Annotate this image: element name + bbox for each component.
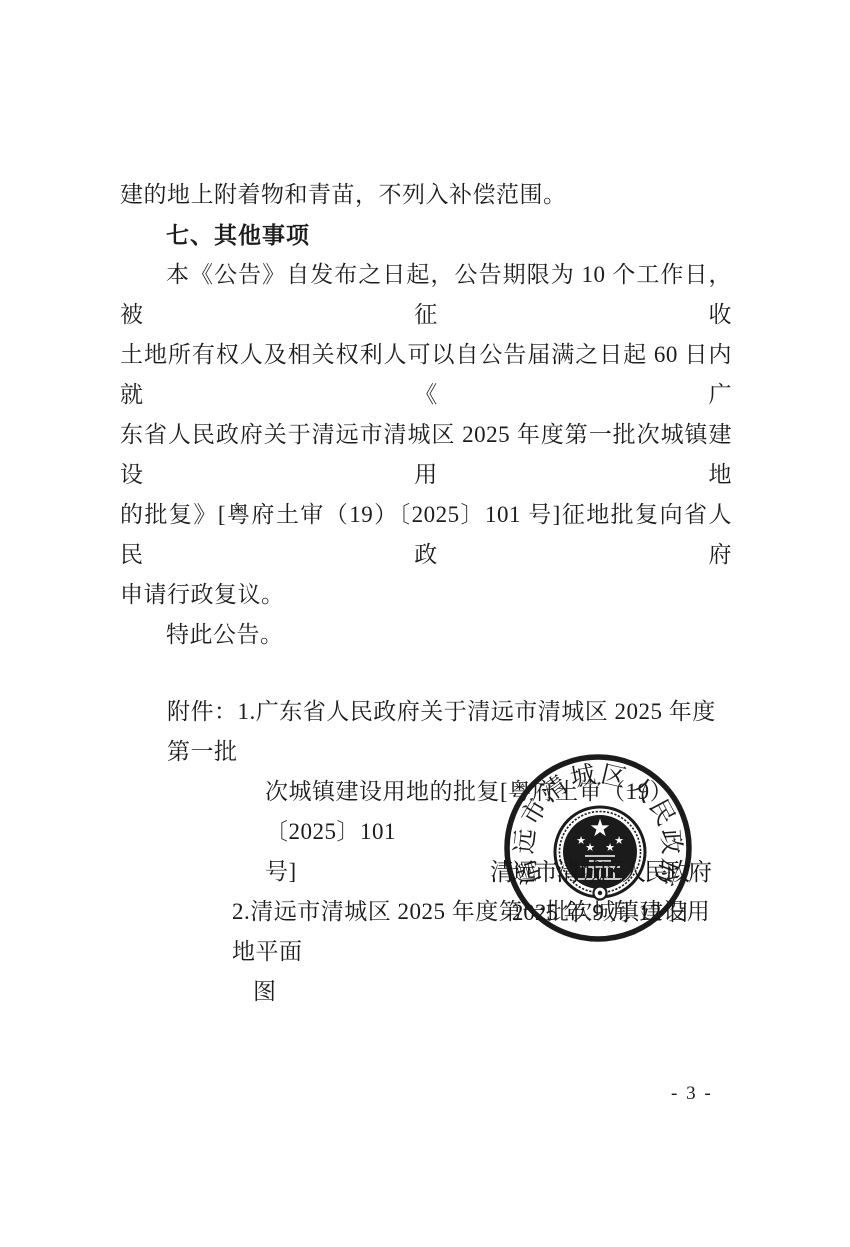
signer-name: 清远市清城区人民政府 [490,852,710,887]
text-line: 七、其他事项 [120,215,732,255]
page-number: - 3 - [671,1083,713,1105]
big-star-icon: ★ [589,814,611,842]
text-line: 东省人民政府关于清远市清城区 2025 年度第一批次城镇建设用地 [120,415,732,495]
text-line: 的批复》[粤府土审（19）〔2025〕101 号]征地批复向省人民政府 [120,495,732,575]
text-line: 土地所有权人及相关权利人可以自公告届满之日起 60 日内就《广 [120,335,732,415]
document-page: 建的地上附着物和青苗，不列入补偿范围。七、其他事项本《公告》自发布之日起，公告期… [0,0,850,1247]
text-line: 建的地上附着物和青苗，不列入补偿范围。 [120,175,732,215]
text-line: 图 [253,972,732,1012]
small-star-icon: ★ [614,834,624,847]
text-line: 特此公告。 [120,615,732,655]
text-line: 本《公告》自发布之日起，公告期限为 10 个工作日，被征收 [120,255,732,335]
signature-date: 2025 年 9 月 12 日 [512,894,690,927]
text-line: 申请行政复议。 [120,575,732,615]
